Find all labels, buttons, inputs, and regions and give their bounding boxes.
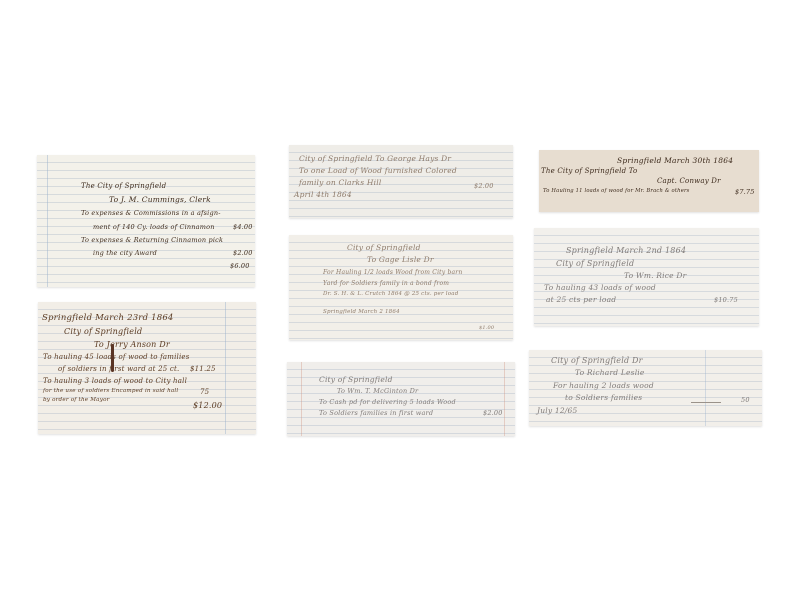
receipt-line: family on Clarks Hill (299, 178, 381, 187)
receipt-line: Springfield March 23rd 1864 (42, 313, 174, 323)
receipt-amount: $2.00 (483, 409, 503, 417)
receipt-line: City of Springfield Dr (551, 356, 643, 365)
receipt-line: City of Springfield (64, 327, 142, 336)
receipt-amount: 75 (200, 388, 209, 396)
receipt-line: July 12/65 (537, 406, 577, 415)
receipt-amount: $11.25 (190, 365, 216, 373)
receipt-line: For hauling 2 loads wood (553, 381, 654, 390)
receipt-line: City of Springfield (556, 259, 634, 268)
margin-rule (705, 350, 706, 426)
receipt-line: To Gage Lisle Dr (367, 255, 434, 264)
receipt-line: City of Springfield (347, 243, 421, 252)
receipt-anson: Springfield March 23rd 1864 City of Spri… (38, 302, 256, 434)
receipt-lisle: City of Springfield To Gage Lisle Dr For… (289, 235, 513, 340)
receipt-line: To Richard Leslie (575, 368, 645, 377)
receipt-line: To expenses & Commissions in a afsign- (81, 209, 221, 217)
receipt-line: The City of Springfield To (541, 167, 637, 175)
receipt-line: City of Springfield (319, 375, 393, 384)
receipt-amount: 50 (741, 396, 750, 404)
receipt-amount: $10.75 (714, 296, 738, 304)
receipt-line: To Wm. Rice Dr (624, 271, 686, 280)
receipt-amount: $1.00 (479, 325, 494, 331)
receipt-line: Yard for Soldiers family in a bond from (323, 280, 449, 287)
receipt-line: To one Load of Wood furnished Colored (299, 166, 457, 175)
receipt-line: City of Springfield To George Hays Dr (299, 154, 451, 163)
receipt-line: at 25 cts per load (546, 295, 616, 304)
receipt-line: Springfield March 2 1864 (323, 309, 400, 315)
receipt-line: To Soldiers families in first ward (319, 409, 433, 417)
receipt-line: To hauling 3 loads of wood to City hall (43, 377, 187, 385)
receipt-line: ing the city Award (93, 249, 157, 257)
receipt-line: To Wm. T. McGinton Dr (337, 387, 418, 395)
receipt-line: by order of the Mayor (43, 397, 110, 403)
receipt-leslie: City of Springfield Dr To Richard Leslie… (529, 350, 762, 426)
dash-line (691, 402, 721, 403)
receipt-line: Springfield March 2nd 1864 (566, 246, 686, 255)
receipt-mcginton: City of Springfield To Wm. T. McGinton D… (287, 362, 515, 436)
receipt-line: of soldiers in first ward at 25 ct. (58, 365, 179, 373)
receipt-line: The City of Springfield (81, 182, 166, 190)
receipt-line: To Hauling 11 loads of wood for Mr. Brac… (543, 188, 690, 194)
margin-rule (301, 362, 302, 436)
receipt-amount: $2.00 (474, 182, 494, 190)
receipt-line: For Hauling 1/2 loads Wood from City bar… (323, 269, 462, 276)
receipt-cummings: The City of Springfield To J. M. Cumming… (37, 155, 255, 287)
receipt-amount: $12.00 (193, 401, 222, 410)
receipt-line: To hauling 45 loads of wood to families (43, 353, 190, 361)
receipt-line: Dr. S. H. & L. Crutch 1864 @ 25 cts. per… (323, 291, 458, 297)
receipt-line: ment of 140 Cy. loads of Cinnamon (93, 223, 215, 231)
receipt-line: April 4th 1864 (294, 190, 352, 199)
receipt-line: To J. M. Cummings, Clerk (109, 195, 211, 204)
receipt-rice: Springfield March 2nd 1864 City of Sprin… (534, 228, 759, 326)
receipt-line: To Jerry Anson Dr (94, 340, 170, 349)
receipt-hays: City of Springfield To George Hays Dr To… (289, 145, 513, 218)
receipt-line: To Cash pd for delivering 5 loads Wood (319, 398, 456, 406)
ink-stain (111, 344, 114, 372)
receipt-conway: Springfield March 30th 1864 The City of … (539, 150, 759, 212)
receipt-amount: $4.00 (233, 223, 253, 231)
receipt-line: To hauling 43 loads of wood (544, 283, 656, 292)
receipt-line: Capt. Conway Dr (657, 177, 721, 185)
receipt-amount: $6.00 (230, 262, 250, 270)
receipt-line: Springfield March 30th 1864 (617, 156, 733, 165)
receipt-line: for the use of soldiers Encamped in said… (43, 388, 178, 394)
receipt-line: To expenses & Returning Cinnamon pick (81, 236, 223, 244)
receipt-amount: $2.00 (233, 249, 253, 257)
receipt-amount: $7.75 (735, 188, 755, 196)
margin-rule (504, 362, 505, 436)
receipt-line: to Soldiers families (565, 393, 642, 402)
